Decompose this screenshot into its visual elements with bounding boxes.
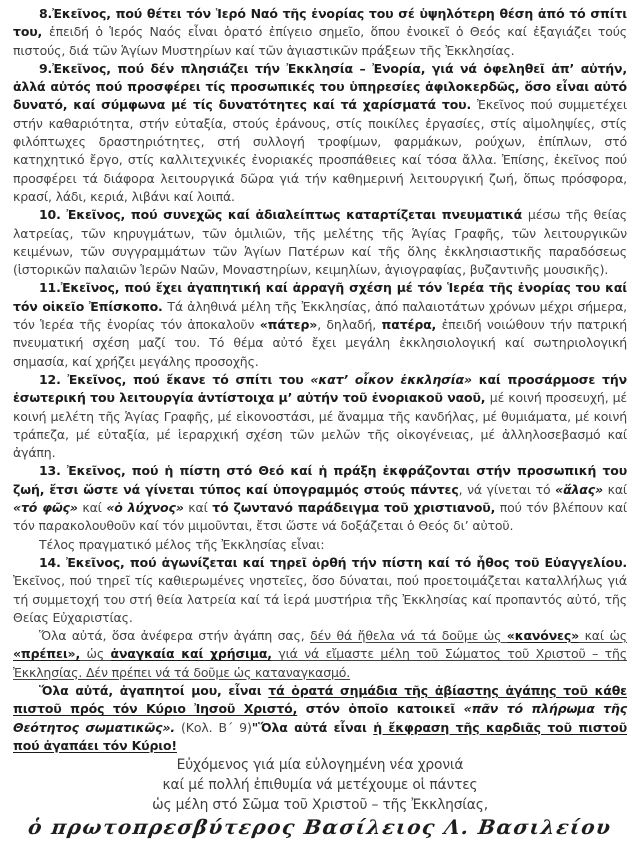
text-run: Ὅλα αὐτά, ἀγαπητοί μου, εἶναι (39, 683, 268, 698)
text-run: Τέλος πραγματικό μέλος τῆς Ἐκκλησίας εἶν… (39, 537, 324, 552)
text-run: Ἐκεῖνος, πού τηρεῖ τίς καθιερωμένες νηστ… (13, 573, 627, 625)
text-run: Ἐκεῖνος πού συμμετέχει στήν καθαριότητα,… (13, 97, 627, 203)
text-run: ὁ πρωτοπρεσβύτερος Βασίλειος Λ. Βασιλείο… (27, 815, 614, 839)
text-run: καί (184, 500, 213, 515)
text-run: , δηλαδή, (317, 317, 381, 332)
paragraph-12: 12. Ἐκεῖνος, πού ἔκανε τό σπίτι του «κατ… (13, 371, 627, 462)
text-run: «πάτερ» (260, 317, 317, 332)
text-run: καί μέ πολλή ἐπιθυμία νά μετέχουμε οἱ πά… (163, 777, 478, 793)
paragraph-telos: Τέλος πραγματικό μέλος τῆς Ἐκκλησίας εἶν… (13, 536, 627, 554)
text-run: 10. Ἐκεῖνος, πού συνεχῶς καί ἀδιαλείπτως… (39, 207, 528, 222)
text-run: 12. Ἐκεῖνος, πού ἔκανε τό σπίτι του (39, 372, 310, 387)
closing-line-3: ὡς μέλη στό Σῶμα τοῦ Χριστοῦ – τῆς Ἐκκλη… (13, 795, 627, 815)
paragraph-10: 10. Ἐκεῖνος, πού συνεχῶς καί ἀδιαλείπτως… (13, 206, 627, 279)
text-run: (Κολ. Β΄ 9) (175, 720, 252, 735)
text-run: Ὅλα αὐτά, ὅσα ἀνέφερα στήν ἀγάπη σας, (39, 628, 310, 643)
paragraph-11: 11.Ἐκεῖνος, πού ἔχει ἀγαπητική καί ἀρραγ… (13, 279, 627, 370)
text-run: 14. Ἐκεῖνος, πού ἀγωνίζεται καί τηρεῖ ὀρ… (39, 555, 627, 570)
closing-line-1: Εὐχόμενος γιά μία εὐλογημένη νέα χρονιά (13, 755, 627, 775)
text-run: ἀναγκαία καί χρήσιμα, (111, 646, 272, 661)
text-run: τό ζωντανό παράδειγμα τοῦ χριστιανοῦ, (212, 500, 495, 515)
paragraph-closing-statement: Ὅλα αὐτά, ἀγαπητοί μου, εἶναι τά ὁρατά σ… (13, 682, 627, 755)
text-run: καί (78, 500, 107, 515)
text-run: "Ὅλα αὐτά εἶναι (252, 720, 373, 735)
paragraph-kanones: Ὅλα αὐτά, ὅσα ἀνέφερα στήν ἀγάπη σας, δέ… (13, 627, 627, 682)
signature: ὁ πρωτοπρεσβύτερος Βασίλειος Λ. Βασιλείο… (12, 818, 629, 836)
text-run: ἐπειδή ὁ Ἱερός Ναός εἶναι ὁρατό ἐπίγειο … (13, 24, 627, 57)
text-run: στόν ὁποῖο κατοικεῖ (297, 701, 463, 716)
paragraph-8: 8.Ἐκεῖνος, πού θέτει τόν Ἱερό Ναό τῆς ἐν… (13, 5, 627, 60)
document-body: 8.Ἐκεῖνος, πού θέτει τόν Ἱερό Ναό τῆς ἐν… (13, 5, 627, 836)
closing-line-2: καί μέ πολλή ἐπιθυμία νά μετέχουμε οἱ πά… (13, 775, 627, 795)
text-run: «κατ’ οἶκον ἐκκλησία» (310, 372, 471, 387)
text-run: καί ὡς (579, 628, 627, 643)
text-run: «κανόνες» (507, 628, 579, 643)
text-run: καί (603, 482, 627, 497)
paragraph-14: 14. Ἐκεῖνος, πού ἀγωνίζεται καί τηρεῖ ὀρ… (13, 554, 627, 627)
text-run: ὡς (80, 646, 110, 661)
text-run: «πρέπει», (13, 646, 80, 661)
text-run: πατέρα, (382, 317, 437, 332)
text-run: «τό φῶς» (13, 500, 78, 515)
text-run: «ὁ λύχνος» (106, 500, 183, 515)
text-run: ὡς μέλη στό Σῶμα τοῦ Χριστοῦ – τῆς Ἐκκλη… (152, 797, 488, 813)
paragraph-13: 13. Ἐκεῖνος, πού ἡ πίστη στό Θεό καί ἡ π… (13, 462, 627, 535)
text-run: Εὐχόμενος γιά μία εὐλογημένη νέα χρονιά (177, 757, 464, 773)
text-run: «ἅλας» (555, 482, 603, 497)
paragraph-9: 9.Ἐκεῖνος, πού δέν πλησιάζει τήν Ἐκκλησί… (13, 60, 627, 206)
text-run: , νά γίνεται τό (459, 482, 556, 497)
text-run: δέν θά ἤθελα νά τά δοῦμε ὡς (310, 628, 507, 643)
document-page: 8.Ἐκεῖνος, πού θέτει τόν Ἱερό Ναό τῆς ἐν… (0, 0, 640, 865)
